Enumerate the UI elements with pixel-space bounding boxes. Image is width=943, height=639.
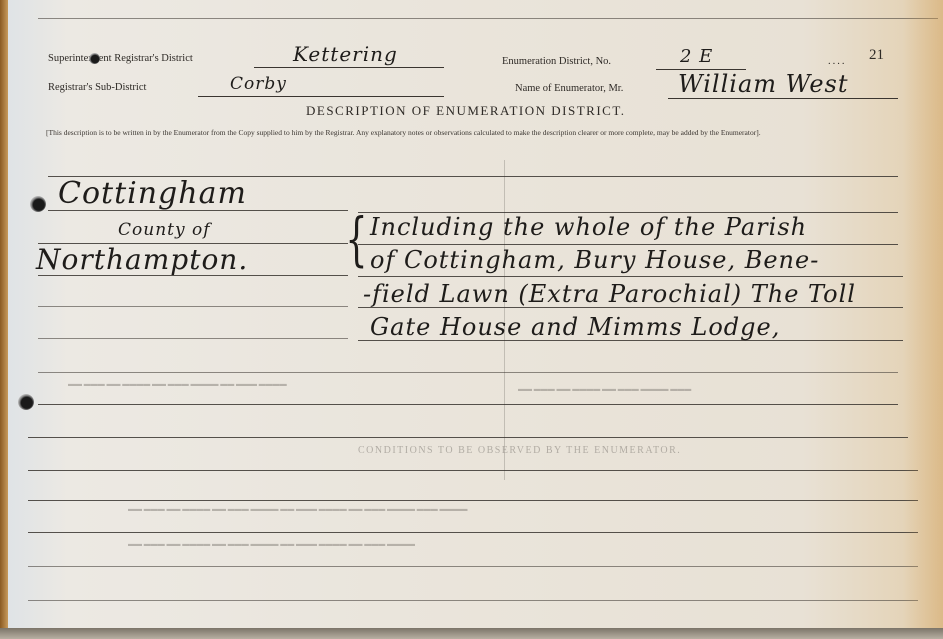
dotted-leader: ....	[828, 56, 847, 67]
ruled-line	[358, 244, 898, 245]
description-line-1: Including the whole of the Parish	[370, 213, 807, 241]
page-bottom-edge	[0, 628, 943, 639]
ruled-line	[28, 600, 918, 601]
ruled-line	[28, 532, 918, 533]
ruled-line	[28, 470, 918, 471]
ruled-line	[28, 500, 918, 501]
brace: {	[345, 210, 367, 268]
book-spine-edge	[0, 0, 8, 639]
ghost-text-block: ▬▬ ▬▬▬ ▬▬ ▬▬▬▬ ▬▬ ▬▬▬ ▬▬▬▬ ▬▬ ▬▬▬ ▬▬▬▬ ▬…	[128, 505, 468, 513]
ruled-line	[38, 404, 898, 405]
enum-district-value: 2 E	[680, 46, 713, 67]
description-line-4: Gate House and Mimms Lodge,	[370, 313, 780, 341]
ruled-line	[28, 437, 908, 438]
description-line-2: of Cottingham, Bury House, Bene-	[370, 246, 819, 274]
county-name: Northampton.	[36, 243, 248, 276]
enumerator-label: Name of Enumerator, Mr.	[515, 83, 623, 94]
page-number: 21	[869, 47, 884, 64]
instructions-note: [This description is to be written in by…	[46, 128, 906, 138]
superintendent-line	[254, 67, 444, 68]
superintendent-label: Superintendent Registrar's District	[48, 53, 193, 64]
enumerator-value: William West	[678, 70, 849, 98]
ghost-text-block: ▬▬ ▬▬▬ ▬▬ ▬▬▬▬ ▬▬ ▬▬▬ ▬▬▬▬ ▬▬ ▬▬▬ ▬▬▬▬ ▬…	[128, 540, 415, 548]
description-line-3: -field Lawn (Extra Parochial) The Toll	[363, 280, 856, 308]
binding-hole	[30, 196, 46, 212]
superintendent-value: Kettering	[293, 42, 398, 66]
page-title: DESCRIPTION OF ENUMERATION DISTRICT.	[306, 103, 626, 119]
subdistrict-line	[198, 96, 444, 97]
ruled-line	[38, 338, 348, 339]
enum-district-label: Enumeration District, No.	[502, 56, 611, 67]
census-page: Superintendent Registrar's District Kett…	[8, 0, 943, 630]
top-rule	[38, 18, 938, 19]
ruled-line	[38, 372, 898, 373]
ghost-text-block: ▬▬ ▬▬▬ ▬▬ ▬▬▬▬ ▬▬ ▬▬▬ ▬▬▬▬ ▬▬▬	[518, 385, 691, 393]
county-of: County of	[118, 220, 211, 240]
ghost-conditions-heading: CONDITIONS TO BE OBSERVED BY THE ENUMERA…	[358, 445, 681, 456]
ruled-line	[28, 566, 918, 567]
place-name: Cottingham	[58, 176, 247, 211]
subdistrict-value: Corby	[230, 74, 287, 94]
subdistrict-label: Registrar's Sub-District	[48, 82, 146, 93]
binding-hole	[18, 394, 34, 410]
ruled-line	[38, 306, 348, 307]
ghost-text-block: ▬▬ ▬▬▬ ▬▬ ▬▬▬▬ ▬▬ ▬▬▬ ▬▬▬▬ ▬▬ ▬▬▬ ▬▬▬▬	[68, 380, 287, 388]
binding-hole	[89, 53, 100, 64]
enumerator-line	[668, 98, 898, 99]
ruled-line	[358, 276, 903, 277]
